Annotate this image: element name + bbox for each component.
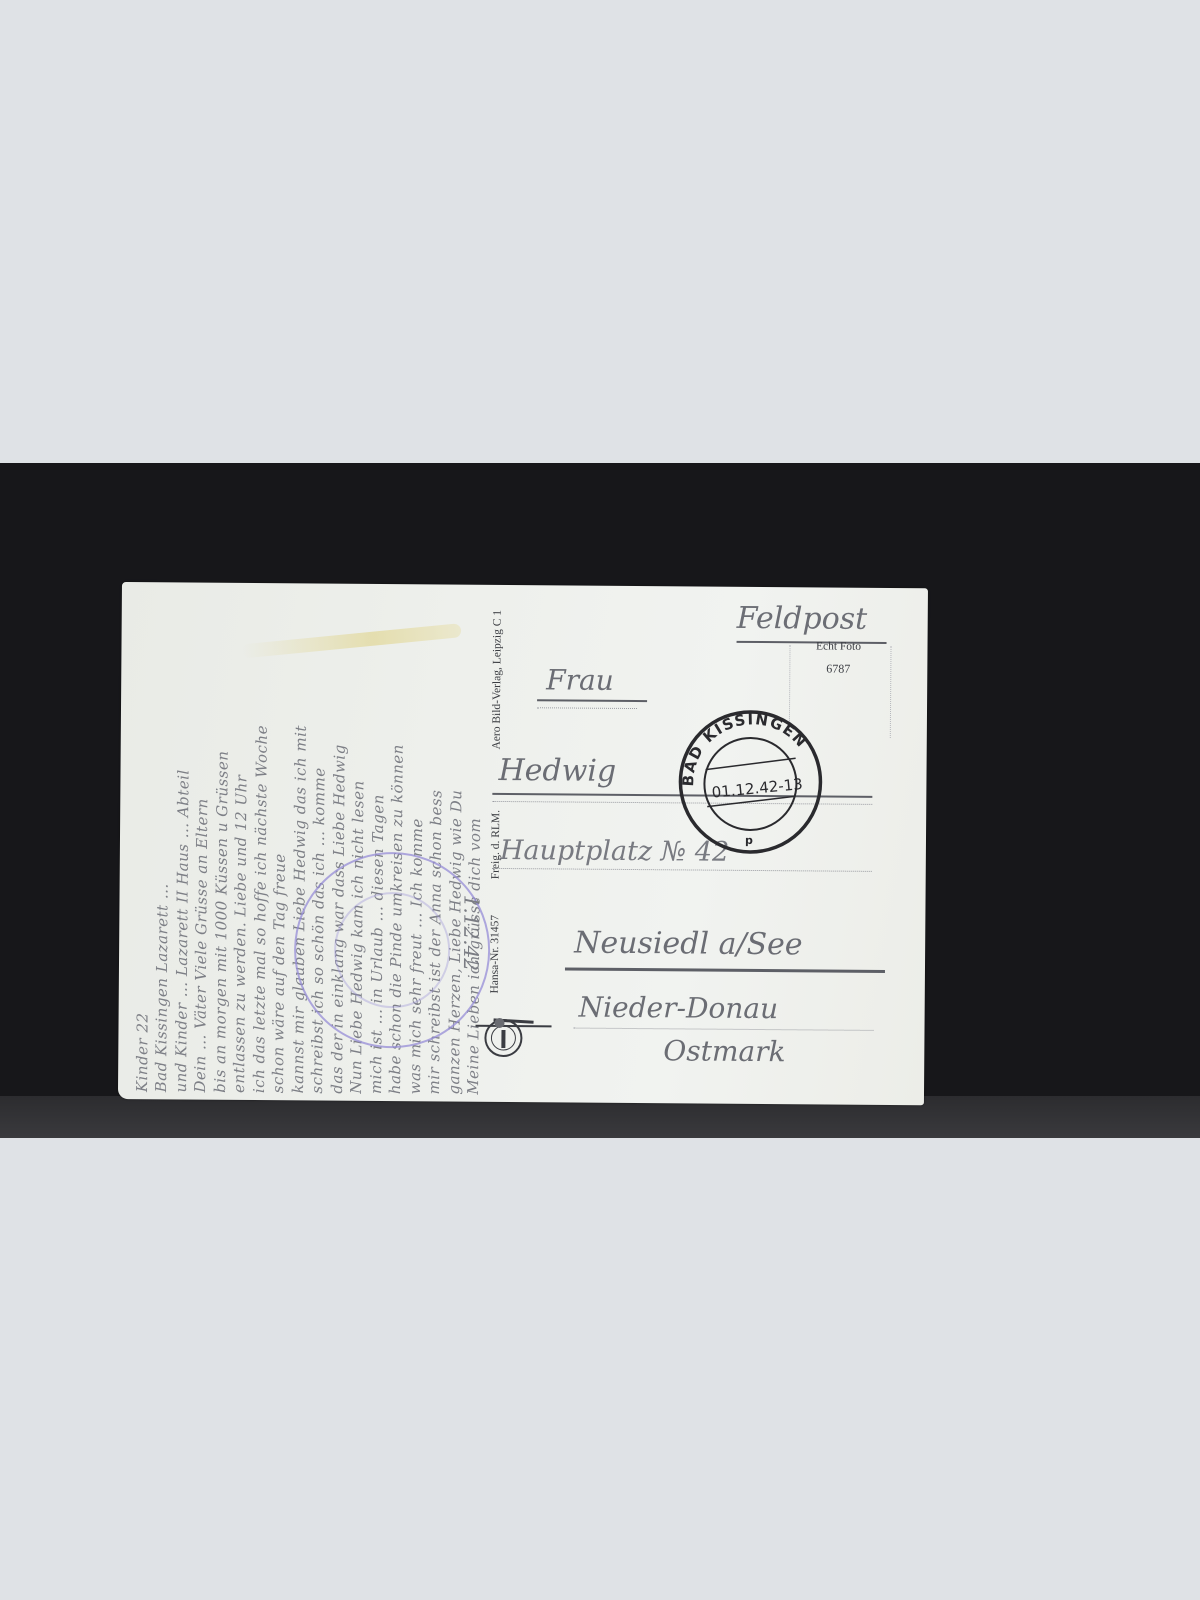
postcard: Meine Lieben ich grüsse dich vomganzen H… bbox=[118, 582, 928, 1105]
street-dotline bbox=[492, 868, 872, 872]
photo-number: 6787 bbox=[793, 661, 883, 677]
address-region: Nieder-Donau bbox=[579, 991, 779, 1026]
svg-text:p: p bbox=[745, 834, 753, 847]
message-line: Kinder 22 bbox=[132, 582, 156, 1092]
catalog-number: Hansa-Nr. 31457 bbox=[489, 915, 502, 994]
salutation-dotline bbox=[537, 707, 637, 709]
publisher-line: Aero Bild-Verlag, Leipzig C 1 bbox=[491, 610, 504, 750]
address-name: Hedwig bbox=[498, 753, 616, 789]
region-dotline bbox=[574, 1028, 874, 1031]
city-underline bbox=[565, 967, 885, 973]
photo-label: Echt Foto bbox=[793, 640, 883, 653]
address-country: Ostmark bbox=[663, 1034, 785, 1068]
salutation-underline bbox=[537, 699, 647, 701]
address-salutation: Frau bbox=[546, 663, 614, 697]
feldpost-header: Feldpost bbox=[737, 601, 868, 637]
publisher-logo-icon bbox=[473, 1010, 553, 1061]
bad-kissingen-postmark: BAD KISSINGEN 01.12.42-13 p bbox=[673, 701, 829, 857]
address-city: Neusiedl a/See bbox=[574, 926, 803, 963]
message-date: 1.12.42 bbox=[459, 895, 484, 972]
